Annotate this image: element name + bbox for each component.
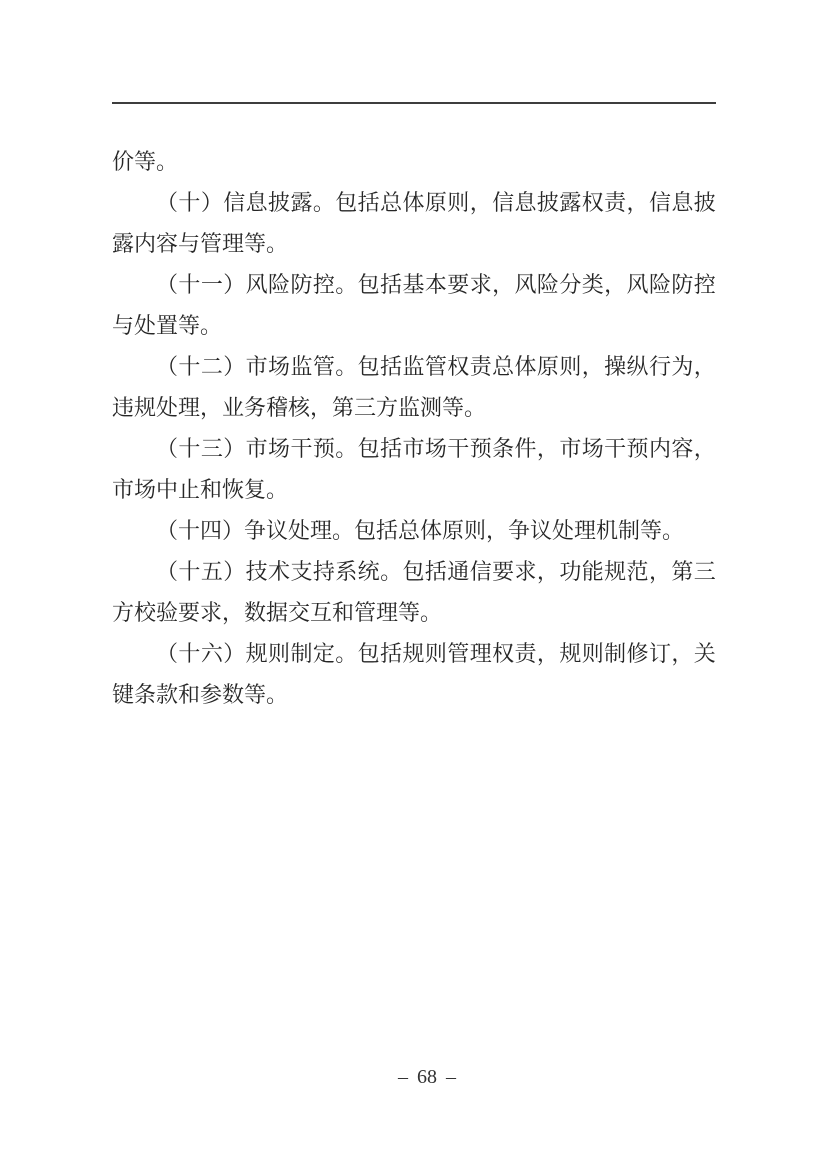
- body-text: 价等。（十）信息披露。包括总体原则，信息披露权责，信息披露内容与管理等。（十一）…: [112, 141, 716, 715]
- page-footer: – 68 –: [398, 1066, 456, 1089]
- text-line: （十二）市场监管。包括监管权责总体原则，操纵行为，: [112, 346, 716, 387]
- text-line: （十五）技术支持系统。包括通信要求，功能规范，第三: [112, 551, 716, 592]
- text-line: 方校验要求，数据交互和管理等。: [112, 592, 716, 633]
- text-line: 露内容与管理等。: [112, 223, 716, 264]
- document-page: 价等。（十）信息披露。包括总体原则，信息披露权责，信息披露内容与管理等。（十一）…: [0, 0, 826, 1169]
- text-line: 键条款和参数等。: [112, 674, 716, 715]
- text-line: 价等。: [112, 141, 716, 182]
- text-line: （十三）市场干预。包括市场干预条件，市场干预内容，: [112, 428, 716, 469]
- text-line: 与处置等。: [112, 305, 716, 346]
- text-line: （十四）争议处理。包括总体原则，争议处理机制等。: [112, 510, 716, 551]
- text-line: 违规处理，业务稽核，第三方监测等。: [112, 387, 716, 428]
- page-number: – 68 –: [398, 1066, 456, 1088]
- text-line: （十）信息披露。包括总体原则，信息披露权责，信息披: [112, 182, 716, 223]
- text-line: （十六）规则制定。包括规则管理权责，规则制修订，关: [112, 633, 716, 674]
- text-line: 市场中止和恢复。: [112, 469, 716, 510]
- header-rule: [112, 102, 716, 104]
- text-line: （十一）风险防控。包括基本要求，风险分类，风险防控: [112, 264, 716, 305]
